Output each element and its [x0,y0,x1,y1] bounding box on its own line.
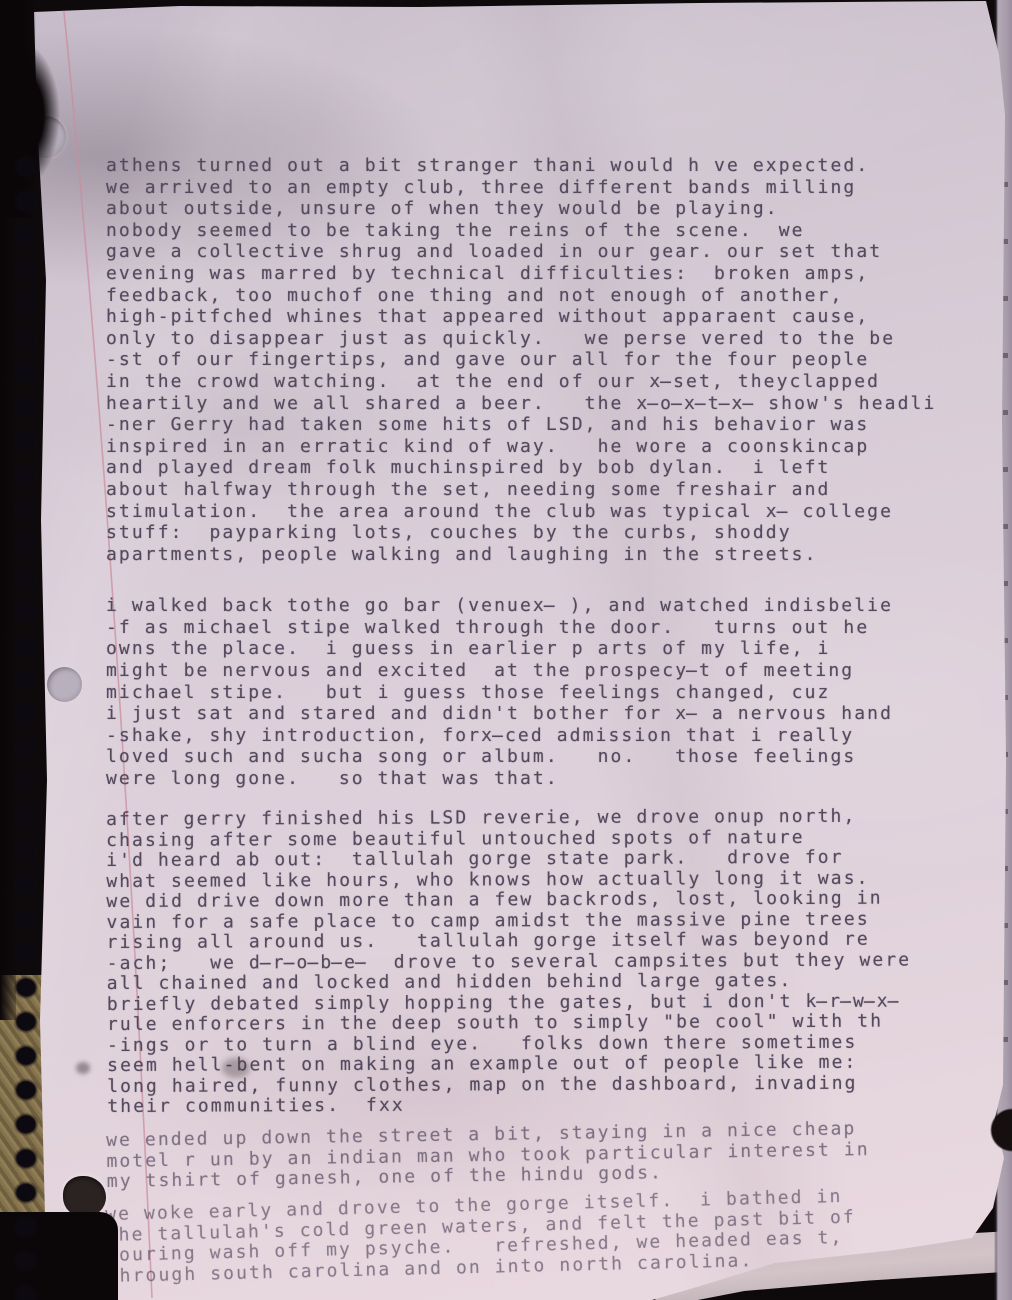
photo-of-typed-page: athens turned out a bit stranger thani w… [0,0,1012,1300]
paper-page: athens turned out a bit stranger thani w… [0,0,1012,1300]
ink-smudge [222,1058,250,1078]
spiral-binding-teeth [4,150,50,1300]
right-edge-notch [986,1104,1012,1156]
typed-paragraph-motel: we ended up down the street a bit, stayi… [106,1117,987,1193]
typed-paragraph-athens-show: athens turned out a bit stranger thani w… [106,155,986,565]
typed-paragraph-michael-stipe: i walked back tothe go bar (venuex̶ ), a… [106,595,986,789]
punch-hole-bottom-torn [63,1176,106,1217]
ink-smudge-small [76,1062,90,1074]
typed-text-block: athens turned out a bit stranger thani w… [106,155,986,1287]
punch-hole-middle [47,667,82,702]
